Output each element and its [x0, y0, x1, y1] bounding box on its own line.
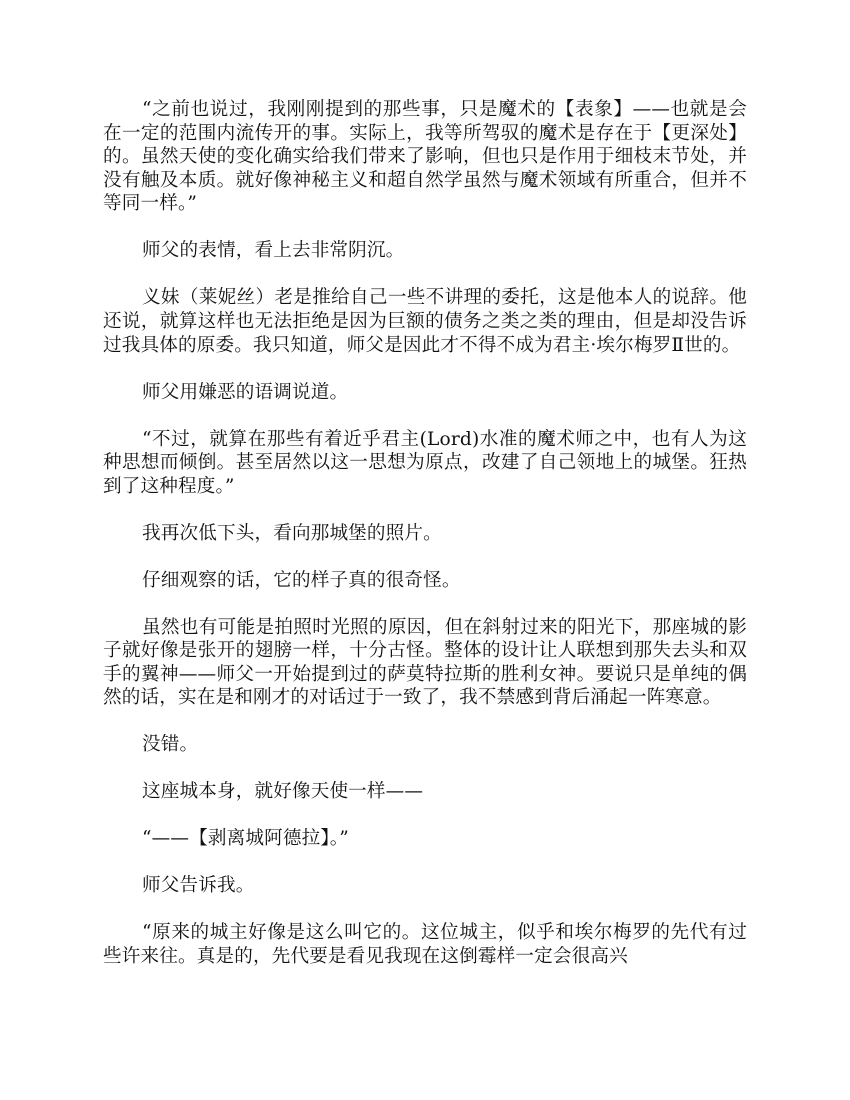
- paragraph-3: 义妹（莱妮丝）老是推给自己一些不讲理的委托，这是他本人的说辞。他还说，就算这样也…: [103, 286, 747, 357]
- paragraph-13: “原来的城主好像是这么叫它的。这位城主，似乎和埃尔梅罗的先代有过些许来往。真是的…: [103, 921, 747, 968]
- paragraph-9: 没错。: [103, 733, 747, 757]
- paragraph-11: “——【剥离城阿德拉】。”: [103, 827, 747, 851]
- paragraph-7: 仔细观察的话，它的样子真的很奇怪。: [103, 569, 747, 593]
- paragraph-1: “之前也说过，我刚刚提到的那些事，只是魔术的【表象】——也就是会在一定的范围内流…: [103, 98, 747, 216]
- paragraph-10: 这座城本身，就好像天使一样——: [103, 780, 747, 804]
- paragraph-8: 虽然也有可能是拍照时光照的原因，但在斜射过来的阳光下，那座城的影子就好像是张开的…: [103, 616, 747, 710]
- paragraph-4: 师父用嫌恶的语调说道。: [103, 381, 747, 405]
- document-page: “之前也说过，我刚刚提到的那些事，只是魔术的【表象】——也就是会在一定的范围内流…: [103, 98, 747, 992]
- paragraph-12: 师父告诉我。: [103, 874, 747, 898]
- paragraph-5: “不过，就算在那些有着近乎君主(Lord)水准的魔术师之中，也有人为这种思想而倾…: [103, 428, 747, 499]
- paragraph-2: 师父的表情，看上去非常阴沉。: [103, 239, 747, 263]
- paragraph-6: 我再次低下头，看向那城堡的照片。: [103, 522, 747, 546]
